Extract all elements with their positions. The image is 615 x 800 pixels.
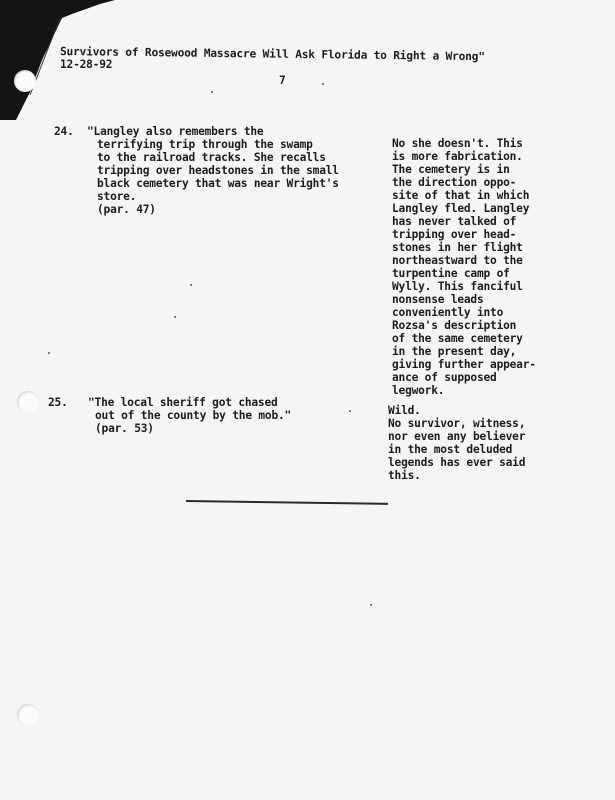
comment-line: nor even any believer — [388, 430, 525, 443]
quote-citation: (par. 47) — [97, 203, 339, 216]
scan-speck — [349, 410, 351, 412]
quote-citation: (par. 53) — [95, 422, 291, 435]
scan-speck — [211, 91, 213, 93]
comment-line: has never talked of — [392, 215, 536, 228]
item-number: 25. — [48, 396, 68, 409]
item-quote: "The local sheriff got chased out of the… — [88, 396, 291, 435]
comment-line: in the present day, — [392, 345, 536, 358]
comment-line: legwork. — [392, 384, 536, 397]
item-comment: Wild. No survivor, witness, nor even any… — [388, 404, 525, 482]
comment-line: this. — [388, 469, 525, 482]
item-comment: No she doesn't. This is more fabrication… — [392, 137, 536, 397]
comment-line: ance of supposed — [392, 371, 536, 384]
closing-rule — [186, 500, 388, 505]
comment-line: No survivor, witness, — [388, 417, 525, 430]
item-quote: "Langley also remembers the terrifying t… — [87, 125, 339, 216]
comment-line: Rozsa's description — [392, 319, 536, 332]
comment-line: Langley fled. Langley — [392, 202, 536, 215]
quote-line: store. — [97, 190, 339, 203]
comment-line: No she doesn't. This — [392, 137, 536, 150]
quote-line: out of the county by the mob." — [95, 409, 291, 422]
quote-line: terrifying trip through the swamp — [97, 138, 339, 151]
comment-line: is more fabrication. — [392, 150, 536, 163]
punch-hole-top — [14, 70, 36, 92]
comment-line: tripping over head- — [392, 228, 536, 241]
document-page: Survivors of Rosewood Massacre Will Ask … — [0, 0, 615, 800]
comment-line: Wild. — [388, 404, 525, 417]
quote-line: to the railroad tracks. She recalls — [97, 151, 339, 164]
quote-line: "The local sheriff got chased — [88, 396, 291, 409]
page-number: 7 — [279, 74, 286, 87]
item-number: 24. — [54, 125, 74, 138]
scan-speck — [174, 316, 176, 318]
comment-line: in the most deluded — [388, 443, 525, 456]
comment-line: legends has ever said — [388, 456, 525, 469]
comment-line: stones in her flight — [392, 241, 536, 254]
comment-line: site of that in which — [392, 189, 536, 202]
comment-line: the direction oppo- — [392, 176, 536, 189]
comment-line: conveniently into — [392, 306, 536, 319]
header-date: 12-28-92 — [60, 58, 112, 71]
punch-hole-bottom — [17, 704, 39, 726]
comment-line: giving further appear- — [392, 358, 536, 371]
scan-speck — [190, 284, 192, 286]
punch-hole-middle — [17, 391, 39, 413]
comment-line: The cemetery is in — [392, 163, 536, 176]
comment-line: Wylly. This fanciful — [392, 280, 536, 293]
comment-line: northeastward to the — [392, 254, 536, 267]
comment-line: of the same cemetery — [392, 332, 536, 345]
scan-speck — [370, 604, 372, 606]
scan-speck — [48, 352, 50, 354]
quote-line: tripping over headstones in the small — [97, 164, 339, 177]
quote-line: "Langley also remembers the — [87, 125, 339, 138]
comment-line: turpentine camp of — [392, 267, 536, 280]
quote-line: black cemetery that was near Wright's — [97, 177, 339, 190]
comment-line: nonsense leads — [392, 293, 536, 306]
scan-speck — [322, 83, 324, 85]
